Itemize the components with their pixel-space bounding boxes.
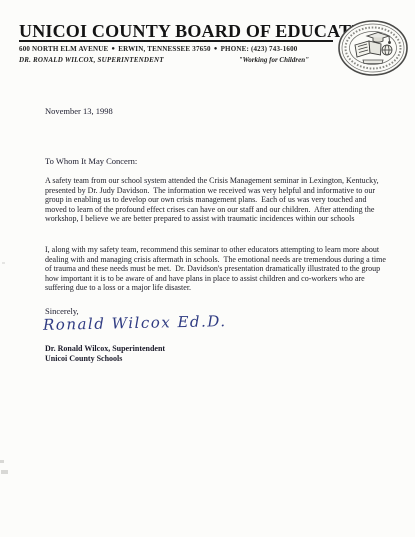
scan-artifact xyxy=(1,470,8,474)
motto: "Working for Children" xyxy=(239,56,309,64)
city-state-zip: ERWIN, TENNESSEE 37650 xyxy=(118,45,211,53)
letterhead-rule xyxy=(19,40,333,42)
scan-artifact xyxy=(2,262,5,264)
letterhead-title: UNICOI COUNTY BOARD OF EDUCATION xyxy=(19,21,335,42)
signer-organization: Unicoi County Schools xyxy=(45,354,122,363)
seal-banner xyxy=(363,60,383,64)
bullet-separator-icon: ● xyxy=(211,46,221,52)
signer-name: Dr. Ronald Wilcox, Superintendent xyxy=(45,344,165,353)
salutation: To Whom It May Concern: xyxy=(45,156,137,166)
scan-artifact xyxy=(0,460,4,463)
phone-number: PHONE: (423) 743-1600 xyxy=(221,45,298,53)
bullet-separator-icon: ● xyxy=(108,46,118,52)
body-paragraph-2: I, along with my safety team, recommend … xyxy=(45,245,389,293)
board-seal-icon xyxy=(337,19,409,77)
body-paragraph-1: A safety team from our school system att… xyxy=(45,176,389,224)
date-line: November 13, 1998 xyxy=(45,106,113,116)
street-address: 600 NORTH ELM AVENUE xyxy=(19,45,108,53)
superintendent-line: DR. RONALD WILCOX, SUPERINTENDENT xyxy=(19,56,164,64)
scanned-letter-page: UNICOI COUNTY BOARD OF EDUCATION 600 NOR… xyxy=(0,0,415,537)
letterhead-address-line: 600 NORTH ELM AVENUE●ERWIN, TENNESSEE 37… xyxy=(19,45,319,53)
handwritten-signature: Ronald Wilcox Ed.D. xyxy=(43,312,227,334)
globe-icon xyxy=(382,45,392,55)
